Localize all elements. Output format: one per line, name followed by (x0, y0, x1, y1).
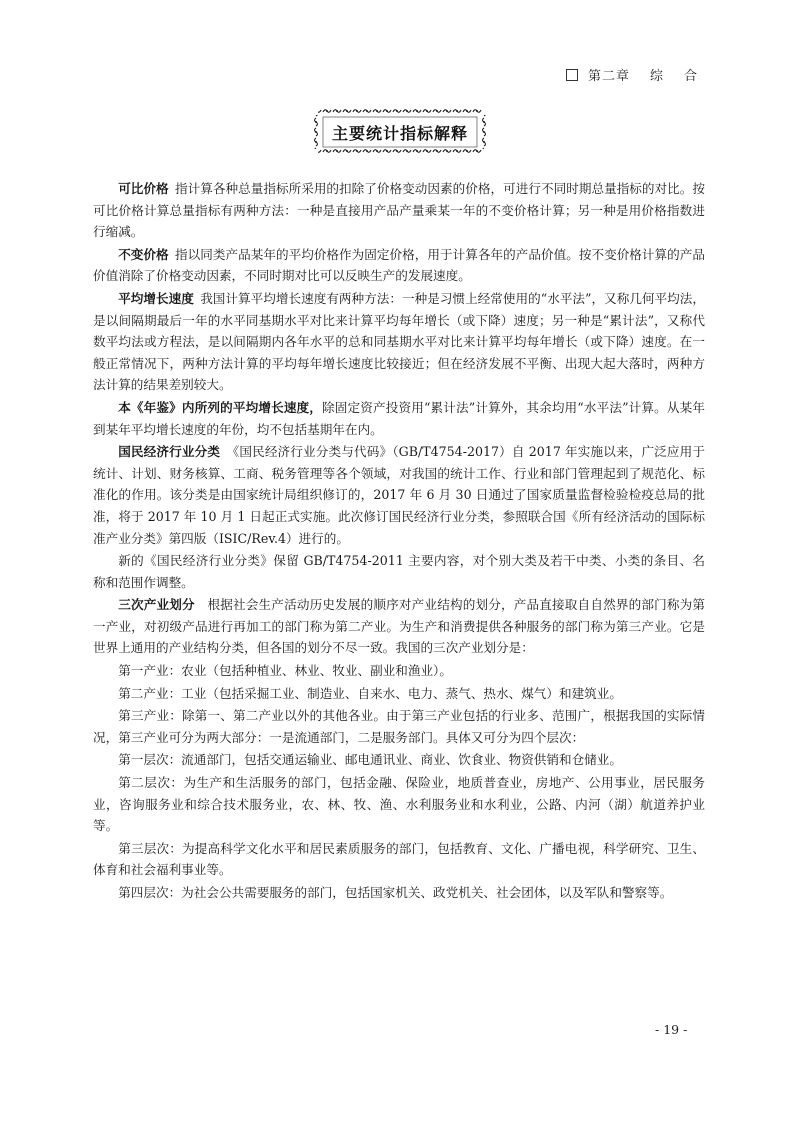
document-body: 可比价格指计算各种总量指标所采用的扣除了价格变动因素的价格，可进行不同时期总量指… (93, 178, 705, 905)
paragraph-primary-sector: 第一产业：农业（包括种植业、林业、牧业、副业和渔业）。 (93, 660, 705, 682)
title-frame: 主要统计指标解释 (312, 107, 488, 157)
section-char-2: 合 (684, 65, 698, 84)
page-title: 主要统计指标解释 (332, 121, 468, 144)
paragraph-text: 新的《国民经济行业分类》保留 GB/T4754-2011 主要内容，对个别大类及… (93, 553, 705, 590)
term-heading: 可比价格 (118, 181, 168, 196)
term-heading: 三次产业划分 (118, 597, 195, 612)
paragraph-industry-classification: 国民经济行业分类《国民经济行业分类与代码》（GB/T4754-2017）自 20… (93, 441, 705, 549)
paragraph-new-classification: 新的《国民经济行业分类》保留 GB/T4754-2011 主要内容，对个别大类及… (93, 550, 705, 593)
paragraph-comparable-price: 可比价格指计算各种总量指标所采用的扣除了价格变动因素的价格，可进行不同时期总量指… (93, 178, 705, 243)
paragraph-text: 第二层次：为生产和生活服务的部门，包括金融、保险业，地质普查业，房地产、公用事业… (93, 775, 705, 833)
paragraph-text: 指以同类产品某年的平均价格作为固定价格，用于计算各年的产品价值。按不变价格计算的… (93, 247, 705, 284)
paragraph-text: 第一层次：流通部门，包括交通运输业、邮电通讯业、商业、饮食业、物资供销和仓储业。 (118, 752, 622, 767)
term-heading: 不变价格 (118, 247, 168, 262)
running-header: 第二章 综 合 (566, 65, 698, 84)
page-number: - 19 - (655, 1022, 687, 1037)
section-char-1: 综 (650, 65, 664, 84)
square-bullet-icon (566, 69, 578, 81)
term-heading: 平均增长速度 (118, 291, 194, 306)
paragraph-text: 《国民经济行业分类与代码》（GB/T4754-2017）自 2017 年实施以来… (93, 444, 705, 545)
paragraph-text: 第二产业：工业（包括采掘工业、制造业、自来水、电力、蒸气、热水、煤气）和建筑业。 (118, 686, 622, 701)
paragraph-text: 第三层次：为提高科学文化水平和居民素质服务的部门，包括教育、文化、广播电视，科学… (93, 841, 705, 878)
paragraph-text: 第一产业：农业（包括种植业、林业、牧业、副业和渔业）。 (118, 663, 452, 678)
paragraph-tier-one: 第一层次：流通部门，包括交通运输业、邮电通讯业、商业、饮食业、物资供销和仓储业。 (93, 749, 705, 771)
paragraph-text: 第四层次：为社会公共需要服务的部门，包括国家机关、政党机关、社会团体，以及军队和… (118, 885, 672, 900)
paragraph-secondary-sector: 第二产业：工业（包括采掘工业、制造业、自来水、电力、蒸气、热水、煤气）和建筑业。 (93, 683, 705, 705)
chapter-label: 第二章 (588, 65, 630, 84)
paragraph-constant-price: 不变价格指以同类产品某年的平均价格作为固定价格，用于计算各年的产品价值。按不变价… (93, 244, 705, 287)
paragraph-average-growth-rate: 平均增长速度我国计算平均增长速度有两种方法：一种是习惯上经常使用的“水平法”，又… (93, 288, 705, 396)
paragraph-text: 我国计算平均增长速度有两种方法：一种是习惯上经常使用的“水平法”，又称几何平均法… (93, 291, 705, 392)
paragraph-three-sectors: 三次产业划分根据社会生产活动历史发展的顺序对产业结构的划分，产品直接取自自然界的… (93, 594, 705, 659)
paragraph-text: 第三产业：除第一、第二产业以外的其他各业。由于第三产业包括的行业多、范围广，根据… (93, 708, 705, 745)
paragraph-tier-three: 第三层次：为提高科学文化水平和居民素质服务的部门，包括教育、文化、广播电视，科学… (93, 838, 705, 881)
paragraph-tier-four: 第四层次：为社会公共需要服务的部门，包括国家机关、政党机关、社会团体，以及军队和… (93, 882, 705, 904)
paragraph-tier-two: 第二层次：为生产和生活服务的部门，包括金融、保险业，地质普查业，房地产、公用事业… (93, 772, 705, 837)
term-heading: 本《年鉴》内所列的平均增长速度， (118, 400, 322, 415)
term-heading: 国民经济行业分类 (118, 444, 220, 459)
paragraph-tertiary-sector: 第三产业：除第一、第二产业以外的其他各业。由于第三产业包括的行业多、范围广，根据… (93, 705, 705, 748)
paragraph-yearbook-growth-note: 本《年鉴》内所列的平均增长速度，除固定资产投资用“累计法”计算外，其余均用“水平… (93, 397, 705, 440)
paragraph-text: 指计算各种总量指标所采用的扣除了价格变动因素的价格，可进行不同时期总量指标的对比… (93, 181, 705, 239)
